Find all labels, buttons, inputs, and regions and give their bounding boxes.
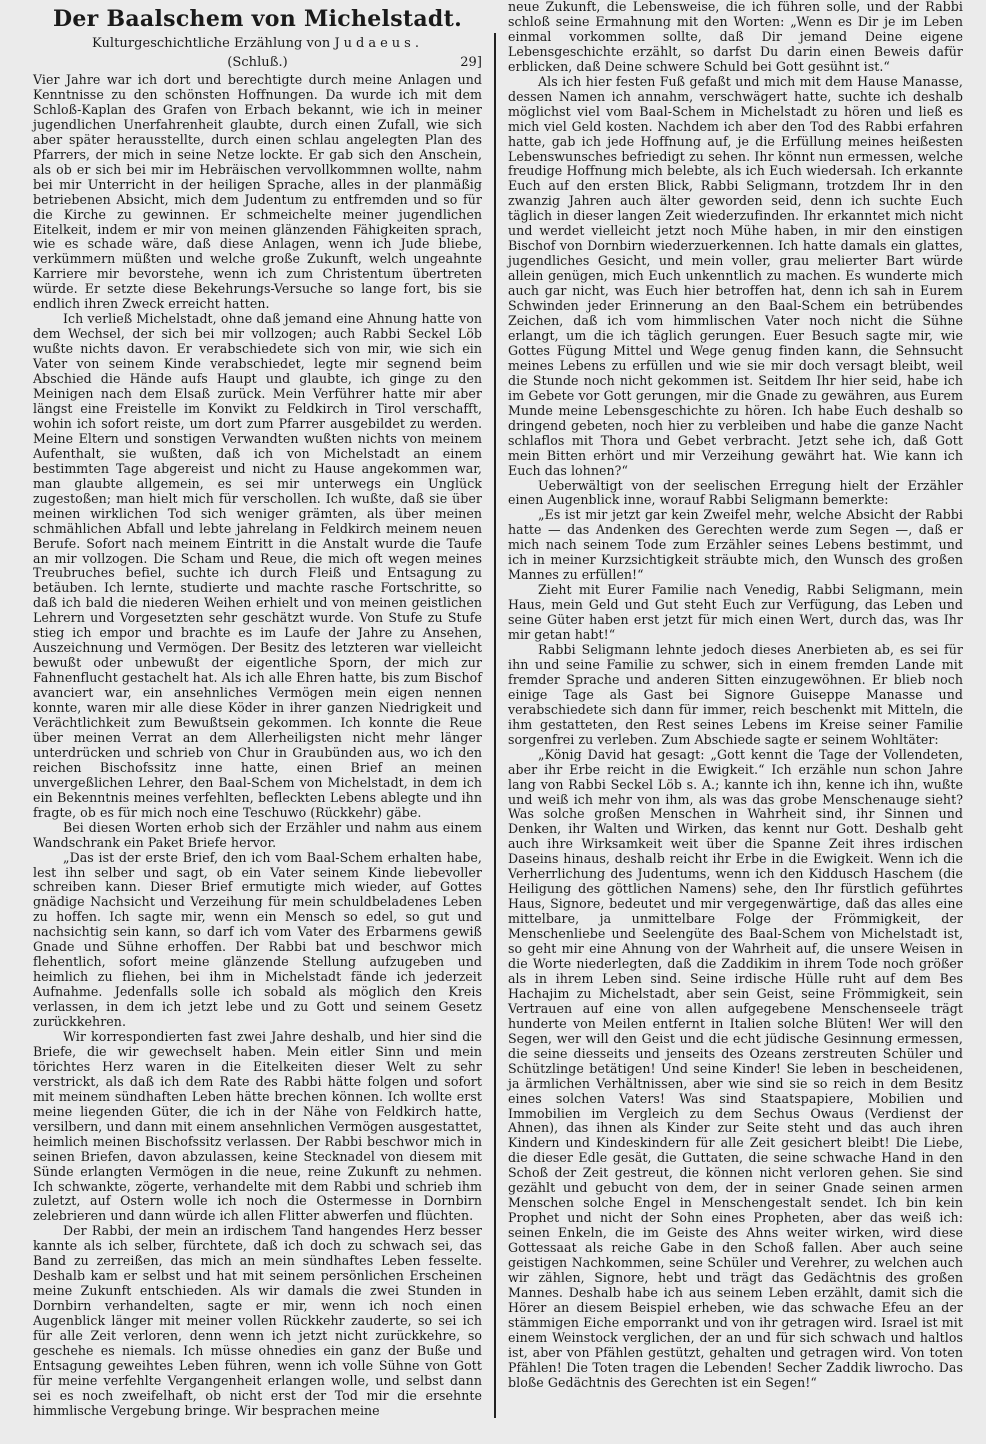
column-divider <box>494 33 496 1418</box>
paragraph: Rabbi Seligmann lehnte jedoch dieses Ane… <box>508 643 963 748</box>
paragraph: Vier Jahre war ich dort und berechtigte … <box>33 73 482 312</box>
paragraph: Ueberwältigt von der seelischen Erregung… <box>508 479 963 509</box>
subtitle-text: Kulturgeschichtliche Erzählung von <box>92 36 334 51</box>
paragraph: Bei diesen Worten erhob sich der Erzähle… <box>33 821 482 851</box>
right-column: neue Zukunft, die Lebensweise, die ich f… <box>508 0 963 1391</box>
page-marker: 29] <box>460 55 482 71</box>
article-subtitle: Kulturgeschichtliche Erzählung von Judae… <box>33 36 482 52</box>
paragraph: Der Rabbi, der mein an irdischem Tand ha… <box>33 1224 482 1418</box>
paragraph: Ich verließ Michelstadt, ohne daß jemand… <box>33 312 482 820</box>
paragraph: „Es ist mir jetzt gar kein Zweifel mehr,… <box>508 508 963 583</box>
continuation-row: (Schluß.) 29] <box>33 55 482 71</box>
author-name: Judaeus. <box>334 36 423 51</box>
paragraph: „König David hat gesagt: „Gott kennt die… <box>508 748 963 1391</box>
paragraph: Wir korrespondierten fast zwei Jahre des… <box>33 1030 482 1224</box>
article-title: Der Baalschem von Michelstadt. <box>33 4 482 34</box>
left-column: Der Baalschem von Michelstadt. Kulturges… <box>33 0 482 1419</box>
paragraph: Zieht mit Eurer Familie nach Venedig, Ra… <box>508 583 963 643</box>
continuation-label: (Schluß.) <box>227 55 288 70</box>
paragraph: neue Zukunft, die Lebensweise, die ich f… <box>508 0 963 75</box>
paragraph: Als ich hier festen Fuß gefaßt und mich … <box>508 75 963 479</box>
newspaper-page: Der Baalschem von Michelstadt. Kulturges… <box>0 0 986 1444</box>
paragraph: „Das ist der erste Brief, den ich vom Ba… <box>33 851 482 1030</box>
